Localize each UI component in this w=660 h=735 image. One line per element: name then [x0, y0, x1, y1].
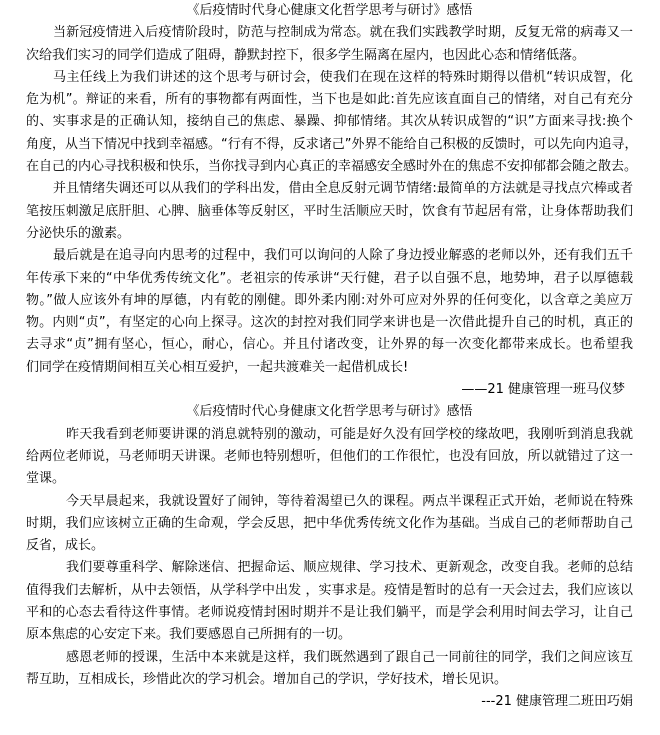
text-line: 最后就是在追寻向内思考的过程中，我们可以询问的人除了身边授业解惑的老师以外，还有…	[26, 245, 633, 267]
text-line: 物。”做人应该外有坤的厚德，内有乾的刚健。即外柔内刚:对外可应对外界的任何变化，…	[26, 290, 633, 312]
document-body: 《后疫情时代身心健康文化哲学思考与研讨》感悟 当新冠疫情进入后疫情阶段时，防范与…	[26, 0, 633, 714]
text-line: 时期，我们应该树立正确的生命观，学会反思，把中华优秀传统文化作为基础。当成自己的…	[26, 513, 633, 535]
article-title: 《后疫情时代心身健康文化哲学思考与研讨》感悟	[26, 401, 633, 423]
text-line: 昨天我看到老师要讲课的消息就特别的激动，可能是好久没有回学校的缘故吧，我刚听到消…	[26, 424, 633, 446]
text-line: 年传承下来的“中华优秀传统文化”。老祖宗的传承讲“天行健，君子以自强不息，地势坤…	[26, 268, 633, 290]
text-line: 分泌快乐的激素。	[26, 223, 633, 245]
text-line: 给两位老师说，马老师明天讲课。老师也特别想听，但他们的工作很忙，也没有回放，所以…	[26, 446, 633, 468]
text-line: 在自己的内心寻找积极和快乐，当你找寻到内心真正的幸福感安全感时外在的焦虑不安抑郁…	[26, 156, 633, 178]
article-2: 《后疫情时代心身健康文化哲学思考与研讨》感悟 昨天我看到老师要讲课的消息就特别的…	[26, 401, 633, 713]
paragraph: 我们要尊重科学、解除迷信、把握命运、顺应规律、学习技术、更新观念，改变自我。老师…	[26, 557, 633, 646]
text-line: 帮互助，互相成长，珍惜此次的学习机会。增加自己的学识，学好技术，增长见识。	[26, 669, 633, 691]
text-line: 们同学在疫情期间相互关心相互爱护，一起共渡难关一起借机成长!	[26, 357, 633, 379]
author-signature: ——21 健康管理一班马仪梦	[26, 379, 633, 401]
text-line: 危为机”。辩证的来看，所有的事物都有两面性，当下也是如此:首先应该直面自己的情绪…	[26, 89, 633, 111]
text-line: 角度，从当下情况中找到幸福感。“行有不得，反求诸己”外界不能给自己积极的反馈时，…	[26, 134, 633, 156]
author-signature: ---21 健康管理二班田巧娟	[26, 691, 633, 713]
text-line: 反省，成长。	[26, 535, 633, 557]
text-line: 堂课。	[26, 468, 633, 490]
text-line: 物。内则“贞”，有坚定的心向上探寻。这次的封控对我们同学来讲也是一次借此提升自己…	[26, 312, 633, 334]
article-1: 《后疫情时代身心健康文化哲学思考与研讨》感悟 当新冠疫情进入后疫情阶段时，防范与…	[26, 0, 633, 401]
text-line: 笔按压刺激足底肝胆、心脾、脑垂体等反射区，平时生活顺应天时，饮食有节起居有常，让…	[26, 201, 633, 223]
paragraph: 昨天我看到老师要讲课的消息就特别的激动，可能是好久没有回学校的缘故吧，我刚听到消…	[26, 424, 633, 491]
paragraph: 马主任线上为我们讲述的这个思考与研讨会，使我们在现在这样的特殊时期得以借机“转识…	[26, 67, 633, 178]
paragraph: 今天早晨起来，我就设置好了闹钟，等待着渴望已久的课程。两点半课程正式开始，老师说…	[26, 491, 633, 558]
text-line: 次给我们实习的同学们造成了阻碍，静默封控下，很多学生隔离在屋内，也因此心态和情绪…	[26, 45, 633, 67]
text-line: 值得我们去解析，从中去领悟，从学科学中出发 ，实事求是。疫情是暂时的总有一天会过…	[26, 580, 633, 602]
text-line: 平和的心态去看待这件事情。老师说疫情封困时期并不是让我们躺平，而是学会利用时间去…	[26, 602, 633, 624]
text-line: 去寻求“贞”拥有坚心，恒心，耐心，信心。并且付诸改变，让外界的每一次变化都带来成…	[26, 334, 633, 356]
text-line: 我们要尊重科学、解除迷信、把握命运、顺应规律、学习技术、更新观念，改变自我。老师…	[26, 557, 633, 579]
paragraph: 最后就是在追寻向内思考的过程中，我们可以询问的人除了身边授业解惑的老师以外，还有…	[26, 245, 633, 379]
text-line: 感恩老师的授课，生活中本来就是这样，我们既然遇到了跟自己一同前往的同学，我们之间…	[26, 647, 633, 669]
article-title: 《后疫情时代身心健康文化哲学思考与研讨》感悟	[26, 0, 633, 22]
text-line: 今天早晨起来，我就设置好了闹钟，等待着渴望已久的课程。两点半课程正式开始，老师说…	[26, 491, 633, 513]
text-line: 当新冠疫情进入后疫情阶段时，防范与控制成为常态。就在我们实践教学时期，反复无常的…	[26, 22, 633, 44]
paragraph: 感恩老师的授课，生活中本来就是这样，我们既然遇到了跟自己一同前往的同学，我们之间…	[26, 647, 633, 692]
text-line: 并且情绪失调还可以从我们的学科出发，借由全息反射元调节情绪:最简单的方法就是寻找…	[26, 178, 633, 200]
paragraph: 并且情绪失调还可以从我们的学科出发，借由全息反射元调节情绪:最简单的方法就是寻找…	[26, 178, 633, 245]
text-line: 的、实事求是的正确认知，接纳自己的焦虑、暴躁、抑郁情绪。其次从转识成智的“识”方…	[26, 111, 633, 133]
paragraph: 当新冠疫情进入后疫情阶段时，防范与控制成为常态。就在我们实践教学时期，反复无常的…	[26, 22, 633, 67]
text-line: 原本焦虑的心安定下来。我们要感恩自己所拥有的一切。	[26, 624, 633, 646]
text-line: 马主任线上为我们讲述的这个思考与研讨会，使我们在现在这样的特殊时期得以借机“转识…	[26, 67, 633, 89]
